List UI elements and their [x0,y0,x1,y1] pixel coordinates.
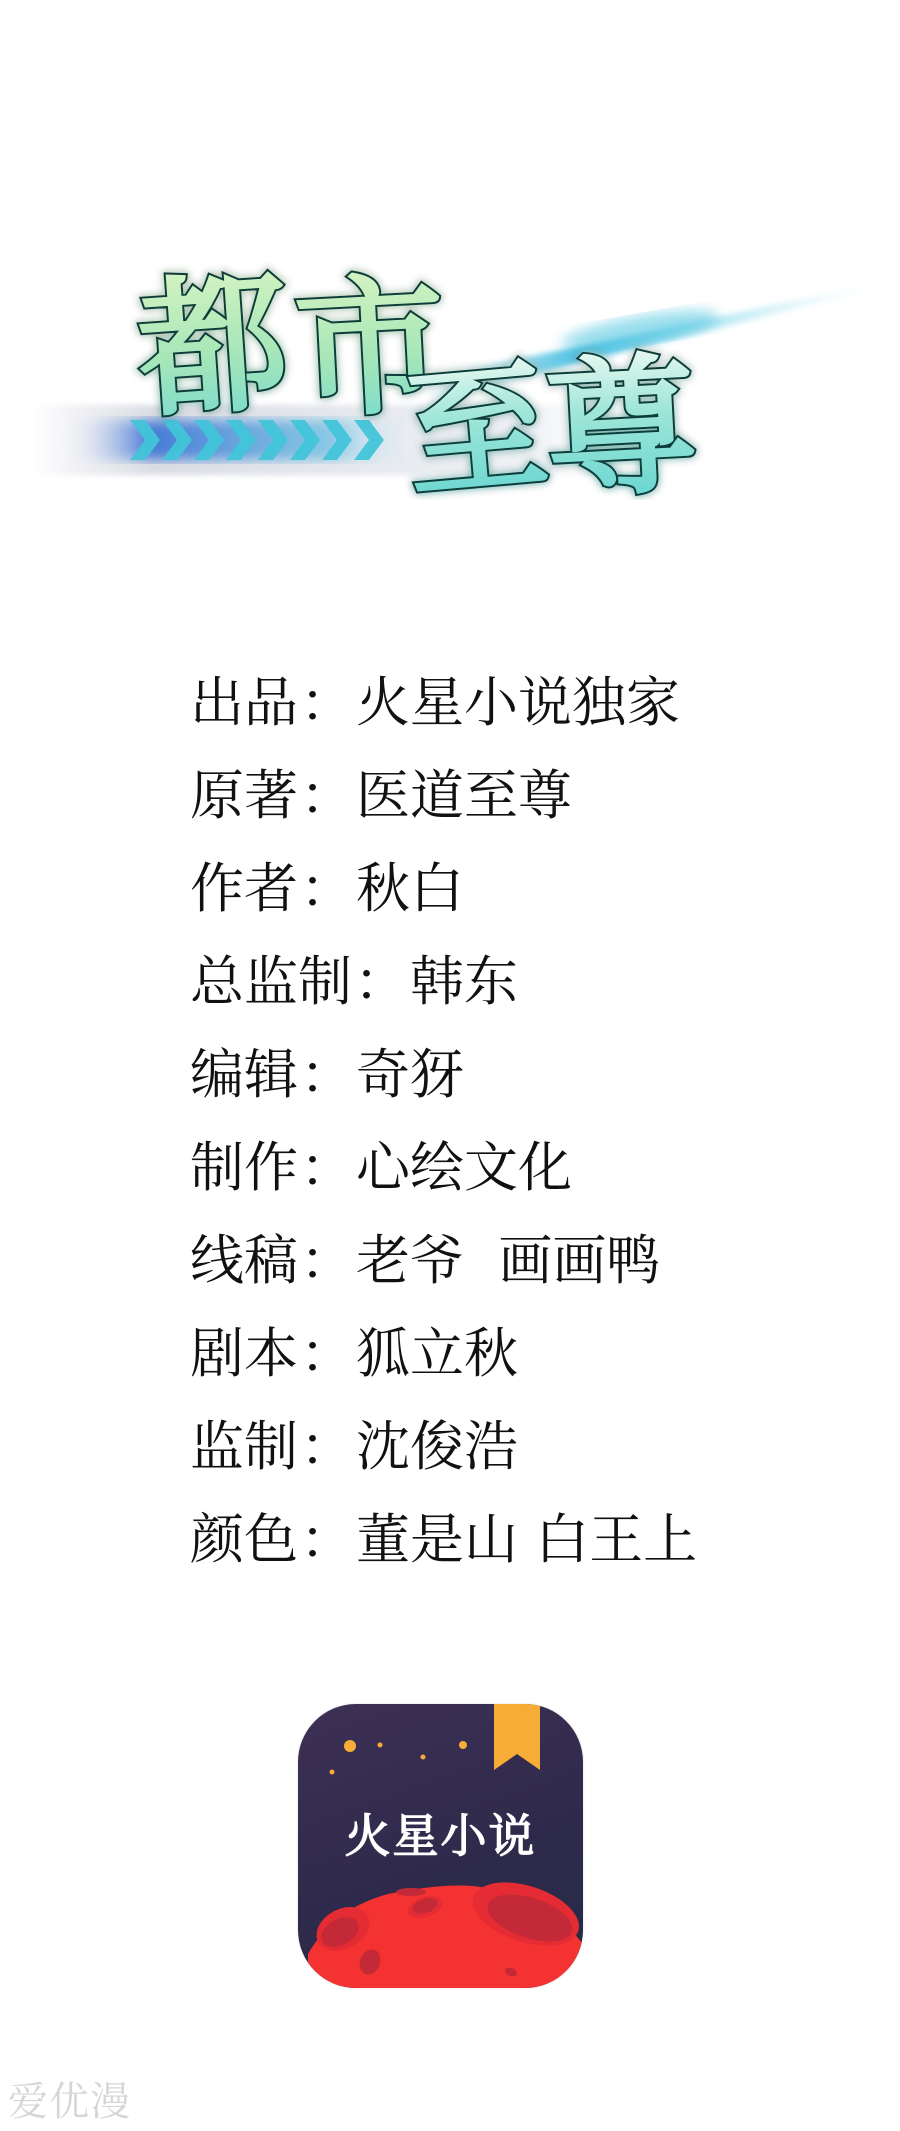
credit-colon: ： [298,854,356,924]
credit-role: 剧本 [190,1319,298,1389]
credit-colon: ： [298,1412,356,1482]
credit-role: 编辑 [190,1040,298,1110]
credit-role: 制作 [190,1133,298,1203]
logo-char-4: 尊 [542,336,701,500]
mars-planet-icon [308,1870,583,1988]
credit-name: 狐立秋 [356,1319,518,1389]
credit-row-production: 制作：心绘文化 [190,1133,697,1226]
credit-row-author: 作者：秋白 [190,854,697,947]
credit-role: 作者 [190,854,298,924]
credit-colon: ： [298,1040,356,1110]
credit-role: 线稿 [190,1226,298,1296]
bookmark-icon [494,1704,540,1770]
credit-role: 颜色 [190,1505,298,1575]
credit-name: 心绘文化 [356,1133,572,1203]
credit-row-script: 剧本：狐立秋 [190,1319,697,1412]
credit-name: 医道至尊 [356,761,572,831]
credit-row-original-work: 原著：医道至尊 [190,761,697,854]
credit-row-producer: 出品：火星小说独家 [190,668,697,761]
credits-list: 出品：火星小说独家 原著：医道至尊 作者：秋白 总监制：韩东 编辑：奇犽 制作：… [190,668,697,1598]
credit-colon: ： [352,947,410,1017]
credit-name: 秋白 [356,854,464,924]
credit-role: 出品 [190,668,298,738]
credit-colon: ： [298,668,356,738]
credit-colon: ： [298,761,356,831]
credit-colon: ： [298,1319,356,1389]
title-logo-art: 都 市 至 尊 [0,230,900,500]
credit-name: 老爷 画画鸭 [356,1226,660,1296]
credit-role: 总监制 [190,947,352,1017]
credit-name: 韩东 [410,947,518,1017]
credit-row-chief-supervisor: 总监制：韩东 [190,947,697,1040]
credit-role: 原著 [190,761,298,831]
watermark: 爱优漫 [8,2078,131,2126]
credit-row-supervisor: 监制：沈俊浩 [190,1412,697,1505]
title-logo: 都 市 至 尊 [0,230,900,500]
credit-name: 沈俊浩 [356,1412,518,1482]
app-icon-label: 火星小说 [298,1808,583,1864]
credit-row-colorist: 颜色：董是山 白王上 [190,1505,697,1598]
credit-name: 奇犽 [356,1040,464,1110]
credit-colon: ： [298,1133,356,1203]
credit-name: 董是山 白王上 [356,1505,697,1575]
credit-row-line-art: 线稿：老爷 画画鸭 [190,1226,697,1319]
credit-colon: ： [298,1505,356,1575]
app-icon-mars-novel: 火星小说 [298,1704,583,1988]
credit-colon: ： [298,1226,356,1296]
credit-row-editor: 编辑：奇犽 [190,1040,697,1133]
logo-char-3: 至 [400,344,554,500]
logo-char-1: 都 [132,254,295,440]
stars-icon [330,1740,468,1775]
credit-role: 监制 [190,1412,298,1482]
credit-name: 火星小说独家 [356,668,680,738]
